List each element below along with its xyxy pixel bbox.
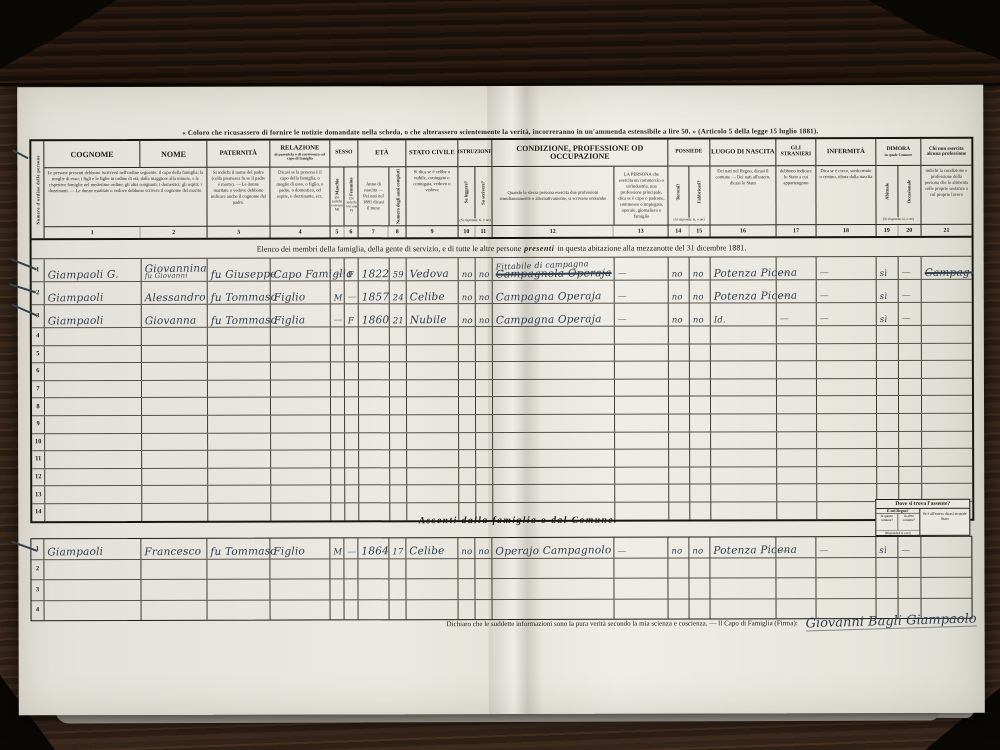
header-group-istruzione: ISTRUZIONESa leggere?Sa scrivere?(Si ris… <box>458 140 492 237</box>
row-number: 4 <box>36 333 39 340</box>
table-cell: Alessandro <box>142 282 208 304</box>
presenti-subtitle-post: in questa abitazione alla mezzanotte del… <box>557 243 746 252</box>
table-cell: fu Tommaso <box>208 305 271 327</box>
table-cell: no <box>459 304 476 326</box>
column-title-possiede: POSSIEDE <box>668 139 709 166</box>
column-number: 10 <box>459 226 476 237</box>
handwritten-entry: Nubile <box>410 314 447 325</box>
table-cell <box>690 450 711 467</box>
table-cell: Figlio <box>270 538 330 558</box>
table-cell: 1864 <box>358 538 389 558</box>
handwritten-entry: sì <box>879 547 887 556</box>
table-cell: — <box>331 258 345 280</box>
subcolumn-1: Quando la stessa persona esercita due pr… <box>492 167 614 225</box>
handwritten-entry: Giampaoli <box>48 315 104 326</box>
table-cell <box>359 486 390 503</box>
header-group-infermita: INFERMITÀDica se è cieco, sordo-muto o c… <box>816 139 876 236</box>
header-desc-istruzione: Sa leggere?Sa scrivere?(Si risponda: sì,… <box>458 167 491 225</box>
handwritten-entry: — <box>334 316 343 325</box>
table-cell <box>817 379 877 396</box>
table-cell: Figlio <box>271 281 331 303</box>
table-cell: 1857 <box>359 281 390 303</box>
table-cell <box>407 362 459 379</box>
table-cell <box>359 415 390 432</box>
table-cell: Vedova <box>407 258 459 280</box>
table-cell <box>493 432 615 449</box>
table-cell <box>777 397 817 414</box>
table-cell <box>476 485 493 502</box>
table-cell <box>898 557 921 577</box>
table-cell: — <box>615 304 669 326</box>
handwritten-below: fu Giovanni <box>145 273 188 281</box>
column-number: 8 <box>389 226 406 237</box>
column-title-luogo-nascita: LUOGO DI NASCITA <box>710 139 775 166</box>
table-cell <box>690 485 711 502</box>
table-cell: 11 <box>32 451 45 468</box>
wood-top-band <box>0 0 1000 84</box>
table-cell <box>690 432 711 449</box>
row-number: 10 <box>35 438 42 445</box>
table-cell: 59 <box>390 258 407 280</box>
table-cell <box>690 397 711 414</box>
table-cell <box>45 469 142 486</box>
column-title-sesso: SESSO <box>330 140 357 167</box>
header-desc-condizione: Quando la stessa persona esercita due pr… <box>492 167 667 225</box>
table-cell <box>476 433 493 450</box>
handwritten-entry: no <box>479 293 490 302</box>
column-number: 11 <box>475 226 492 237</box>
handwritten-entry: Campagna Operaja <box>496 314 602 326</box>
table-cell <box>922 467 972 484</box>
table-cell: — <box>777 303 817 325</box>
table-cell: Celibe <box>407 281 459 303</box>
column-number: 6 <box>344 226 358 237</box>
table-cell: Campag. <box>922 257 972 279</box>
row-number: 8 <box>36 403 39 410</box>
handwritten-entry: F <box>348 317 354 326</box>
table-cell <box>877 432 899 449</box>
table-cell: — <box>777 257 817 279</box>
table-cell <box>921 537 971 557</box>
header-desc-infermita: Dica se è cieco, sordo-muto o cretino, i… <box>816 166 875 224</box>
table-cell: no <box>476 304 493 326</box>
header-numbers: 21 <box>922 224 972 236</box>
table-row: 1Giampaoli G.Giovanninafu Giovannifu Giu… <box>32 257 972 282</box>
subcolumn-rotated-label: Femmina <box>349 178 354 197</box>
handwritten-entry: fu Tommaso <box>211 292 278 303</box>
table-cell <box>331 600 345 620</box>
table-cell: — <box>898 537 921 557</box>
subcolumn-text: Anno di nascita — Pei nati nel 1881 dica… <box>358 179 388 213</box>
table-cell: 5 <box>32 346 45 363</box>
handwritten-entry: — <box>819 547 828 556</box>
table-cell <box>271 327 331 344</box>
table-cell <box>390 398 407 415</box>
header-numbers: 1213 <box>493 225 668 237</box>
handwritten-entry: no <box>461 548 472 557</box>
column-title-stato-civile: STATO CIVILE <box>406 140 457 167</box>
table-cell <box>207 559 270 579</box>
table-cell <box>817 326 877 343</box>
column-title-paternita: PATERNITÀ <box>207 141 269 168</box>
table-cell <box>207 580 270 600</box>
handwritten-entry: 1864 <box>361 546 389 557</box>
header-numbers: 1415 <box>669 224 710 236</box>
table-cell <box>142 328 208 345</box>
table-cell: fu Tommaso <box>208 282 271 304</box>
table-cell <box>359 398 390 415</box>
handwritten-entry: 59 <box>393 271 404 280</box>
table-cell <box>669 432 690 449</box>
table-cell <box>615 327 669 344</box>
table-cell: — <box>331 304 345 326</box>
handwritten-entry: fu Tommaso <box>211 315 278 326</box>
table-cell: — <box>615 258 669 280</box>
table-cell <box>492 579 614 599</box>
table-cell <box>459 327 476 344</box>
table-cell <box>711 432 777 449</box>
subcolumn-text: Quando la stessa persona esercita due pr… <box>492 188 613 204</box>
table-cell: fu Giuseppe <box>208 259 271 281</box>
table-cell <box>345 415 359 432</box>
handwritten-entry: — <box>347 548 356 557</box>
table-cell <box>615 467 669 484</box>
handwritten-entry: Giovanna <box>145 315 197 326</box>
table-cell <box>899 361 922 378</box>
table-cell <box>876 557 898 577</box>
table-cell: sì <box>877 257 899 279</box>
column-description: Dica se è cieco, sordo-muto o cretino, i… <box>816 166 875 224</box>
table-cell: Id. <box>711 303 777 325</box>
table-cell <box>817 414 877 431</box>
column-title-stranieri: GLI STRANIERI <box>776 139 815 166</box>
header-group-sesso: SESSOMaschio(Si indichi con una M)Femmin… <box>330 140 358 237</box>
assente-box-body: È nel Regno? in questo comune? in altro … <box>876 509 969 535</box>
table-cell <box>877 467 899 484</box>
numero-vertical-text: Numero d'ordine delle persone <box>35 155 40 224</box>
subcolumn-1: Anno di nascita — Pei nati nel 1881 dica… <box>358 167 389 225</box>
table-cell: sì <box>876 537 898 557</box>
column-number: 16 <box>711 225 776 236</box>
head-of-family-signature: Giovanni Bagli Giampaolo <box>805 614 976 632</box>
handwritten-entry: no <box>479 316 490 325</box>
table-cell <box>690 467 711 484</box>
column-number: 7 <box>359 226 389 237</box>
subcolumn-1: Terreni? <box>668 167 689 218</box>
column-number: 13 <box>614 226 668 237</box>
table-cell <box>669 362 690 379</box>
table-cell <box>922 396 972 413</box>
assenti-section-title: Assenti dalla famiglia o dal Comune. <box>298 515 738 526</box>
table-cell <box>359 345 390 362</box>
table-cell: no <box>668 538 689 558</box>
table-cell: 3 <box>32 305 45 327</box>
column-subtitle: in quale Comune <box>885 153 913 157</box>
table-cell <box>777 344 817 361</box>
table-cell: — <box>899 257 922 279</box>
column-label-numero: Numero d'ordine delle persone <box>31 141 43 238</box>
census-table-assenti: 1GiampaoliFrancescofu TommasoFiglioM—186… <box>30 536 972 621</box>
table-cell <box>615 432 669 449</box>
column-number: 4 <box>271 226 330 237</box>
table-cell: no <box>669 258 690 280</box>
table-cell <box>45 416 142 433</box>
table-cell <box>669 379 690 396</box>
table-cell: sì <box>877 303 899 325</box>
table-cell <box>777 502 817 519</box>
table-cell <box>690 379 711 396</box>
table-cell <box>208 504 271 521</box>
table-cell: 21 <box>390 304 407 326</box>
table-cell: — <box>777 280 817 302</box>
table-cell <box>407 450 459 467</box>
table-cell <box>44 580 141 600</box>
handwritten-entry: — <box>618 270 627 279</box>
header-desc-luogo-nascita: Dei nati nel Regno, dicasi il comune — D… <box>710 166 775 224</box>
table-cell <box>668 558 689 578</box>
table-cell <box>142 363 208 380</box>
table-cell <box>142 433 208 450</box>
column-description: Dei nati nel Regno, dicasi il comune — D… <box>710 166 775 224</box>
table-cell <box>45 398 142 415</box>
table-cell <box>459 362 476 379</box>
table-cell <box>669 397 690 414</box>
table-cell <box>922 414 972 431</box>
table-cell <box>271 363 331 380</box>
handwritten-entry: M <box>334 294 343 303</box>
table-cell: — <box>345 281 359 303</box>
header-numbers: 1011 <box>459 225 492 237</box>
table-cell: 8 <box>32 399 45 416</box>
table-cell <box>899 379 922 396</box>
table-cell <box>922 361 972 378</box>
table-cell <box>615 362 669 379</box>
table-cell <box>142 486 208 503</box>
table-cell <box>689 558 710 578</box>
table-cell <box>877 326 899 343</box>
header-desc-sesso: Maschio(Si indichi con una M)Femmina(Si … <box>330 167 357 225</box>
handwritten-entry: — <box>618 293 627 302</box>
table-cell <box>476 450 493 467</box>
table-cell: 17 <box>389 538 406 558</box>
column-number: 12 <box>493 226 614 237</box>
handwritten-entry: — <box>820 292 829 301</box>
table-cell <box>345 468 359 485</box>
table-cell <box>615 379 669 396</box>
handwritten-entry: no <box>693 270 704 279</box>
table-cell <box>493 450 615 467</box>
column-description: debbono indicare lo Stato a cui apparten… <box>776 166 815 224</box>
table-cell <box>817 484 877 501</box>
handwritten-struck: Campagnola Operaja <box>496 268 612 280</box>
table-cell <box>358 559 389 579</box>
table-cell <box>922 326 972 343</box>
handwritten-entry: no <box>478 548 489 557</box>
table-cell: 4 <box>32 601 45 621</box>
table-cell <box>475 579 492 599</box>
table-cell <box>459 485 476 502</box>
row-number: 7 <box>36 385 39 392</box>
table-cell <box>899 396 922 413</box>
assente-col-estero: Se è all'estero dicasi in quale Stato <box>920 509 969 535</box>
table-cell <box>345 327 359 344</box>
table-cell <box>615 397 669 414</box>
row-number: 12 <box>35 473 42 480</box>
table-cell: 14 <box>32 504 45 521</box>
handwritten-entry: fu Giuseppe <box>211 269 277 280</box>
handwritten-entry: M <box>333 548 342 557</box>
column-description: indichi la condizione e professione dell… <box>921 166 971 224</box>
handwritten-entry: — <box>780 269 789 278</box>
assente-col-altro-comune: in altro comune? <box>898 514 919 530</box>
column-title-relazione: RELAZIONEdi parentela o di convivenza co… <box>270 140 329 167</box>
declaration-text: Dichiaro che le suddette informazioni so… <box>446 619 797 628</box>
table-cell <box>711 379 777 396</box>
table-cell <box>271 433 331 450</box>
table-cell: — <box>899 303 922 325</box>
table-cell <box>389 559 406 579</box>
table-cell <box>711 344 777 361</box>
table-cell: 7 <box>32 381 45 398</box>
table-cell: no <box>476 258 493 280</box>
column-title: COGNOME <box>44 141 140 167</box>
subcolumn-note: (Si indichi con una F) <box>344 196 357 215</box>
column-number: 19 <box>877 225 899 236</box>
census-table-presenti: Numero d'ordine delle personeCOGNOMENOME… <box>29 137 974 523</box>
table-cell <box>817 396 877 413</box>
table-cell <box>45 346 142 363</box>
table-cell <box>922 280 972 302</box>
handwritten-entry: — <box>780 292 789 301</box>
header-numbers: 4 <box>271 225 330 237</box>
table-cell <box>208 486 271 503</box>
table-cell: no <box>690 257 711 279</box>
header-numbers: 9 <box>407 225 458 237</box>
handwritten-entry: Vedova <box>410 268 449 279</box>
header-desc-eta: Anno di nascita — Pei nati nel 1881 dica… <box>358 167 405 225</box>
table-cell <box>777 326 817 343</box>
header-desc-relazione: Dicasi se la persona è il capo della fam… <box>270 167 329 225</box>
column-number: 3 <box>208 227 270 238</box>
table-cell <box>358 579 389 599</box>
assente-col-questo-comune: in questo comune? <box>876 514 898 530</box>
handwritten-entry: — <box>902 292 911 301</box>
table-cell <box>669 485 690 502</box>
handwritten-entry: Celibe <box>410 291 445 302</box>
table-cell <box>407 433 459 450</box>
table-cell <box>922 343 972 360</box>
header-desc-possiede: Terreni?Fabbricati?(Si risponda: sì, o n… <box>668 166 709 224</box>
table-cell: 1 <box>32 259 45 281</box>
column-title-text: RELAZIONEdi parentela o di convivenza co… <box>270 146 329 161</box>
handwritten-entry: no <box>693 293 704 302</box>
table-cell <box>690 326 711 343</box>
handwritten-entry: Alessandro <box>145 292 206 303</box>
row-number: 6 <box>36 368 39 375</box>
table-cell <box>614 579 668 599</box>
column-number: 17 <box>777 225 816 236</box>
table-cell: 1860 <box>359 304 390 326</box>
header-desc-cognome-nome: Le persone presenti debbono iscriversi n… <box>44 168 206 226</box>
header-group-relazione: RELAZIONEdi parentela o di convivenza co… <box>270 140 330 237</box>
handwritten-entry: Francesco <box>144 546 201 557</box>
table-cell <box>459 345 476 362</box>
table-cell <box>922 303 972 325</box>
column-number: 15 <box>689 225 710 236</box>
table-row: 2GiampaoliAlessandrofu TommasoFiglioM—18… <box>32 280 972 305</box>
table-cell: F <box>345 304 359 326</box>
table-cell <box>493 362 615 379</box>
subcolumn-rotated-label: Fabbricati? <box>697 181 702 204</box>
column-title-text: PATERNITÀ <box>220 150 257 157</box>
table-cell <box>208 345 271 362</box>
table-cell <box>899 326 922 343</box>
table-cell <box>271 468 331 485</box>
table-cell <box>345 363 359 380</box>
table-cell <box>899 431 922 448</box>
table-cell: Campagna Operaja <box>493 304 615 326</box>
table-row: 1GiampaoliFrancescofu TommasoFiglioM—186… <box>31 537 971 560</box>
census-sheet: « Coloro che ricusassero di fornire le n… <box>17 85 985 716</box>
table-cell <box>208 398 271 415</box>
table-cell <box>777 414 817 431</box>
table-cell: no <box>690 280 711 302</box>
table-cell <box>476 468 493 485</box>
presenti-subtitle-emphasis: presenti <box>524 243 554 252</box>
table-cell <box>711 361 777 378</box>
column-title-dimora: DIMORAin quale Comune <box>876 139 920 166</box>
table-cell <box>45 328 142 345</box>
table-cell <box>208 468 271 485</box>
header-desc-stato-civile: Si dica se è celibe o nubile, coniugato … <box>406 167 457 225</box>
table-cell <box>208 363 271 380</box>
table-cell <box>141 559 207 579</box>
table-cell <box>271 380 331 397</box>
row-number: 4 <box>36 606 39 613</box>
handwritten-entry: Giampaoli <box>48 292 104 303</box>
handwritten-entry: no <box>462 294 473 303</box>
handwritten-entry: no <box>692 547 703 556</box>
table-cell <box>407 380 459 397</box>
subcolumn-2: Fabbricati? <box>689 166 710 217</box>
table-cell <box>921 557 971 577</box>
table-cell <box>142 504 208 521</box>
table-cell <box>331 486 345 503</box>
table-cell <box>898 578 921 598</box>
handwritten-entry: — <box>902 315 911 324</box>
column-number: 1 <box>45 227 141 238</box>
handwritten-entry: 1860 <box>362 315 390 326</box>
table-cell <box>711 485 777 502</box>
table-cell <box>476 380 493 397</box>
handwritten-entry: 1822 <box>362 269 390 280</box>
table-cell <box>142 600 208 620</box>
handwritten-entry: no <box>479 270 490 279</box>
table-cell: no <box>689 537 710 557</box>
header-subcolumns: AbitualeOccasionale <box>876 166 920 217</box>
table-cell <box>142 381 208 398</box>
table-cell <box>331 327 345 344</box>
handwritten-entry: 21 <box>393 317 404 326</box>
table-cell <box>922 431 972 448</box>
subcolumn-rotated-label: Maschio <box>334 179 339 196</box>
table-cell <box>330 559 344 579</box>
table-cell <box>817 449 877 466</box>
table-cell <box>877 379 899 396</box>
subcolumn-rotated-label: Sa scrivere? <box>481 181 486 205</box>
column-title-text: GLI STRANIERI <box>776 146 815 158</box>
table-cell <box>359 433 390 450</box>
